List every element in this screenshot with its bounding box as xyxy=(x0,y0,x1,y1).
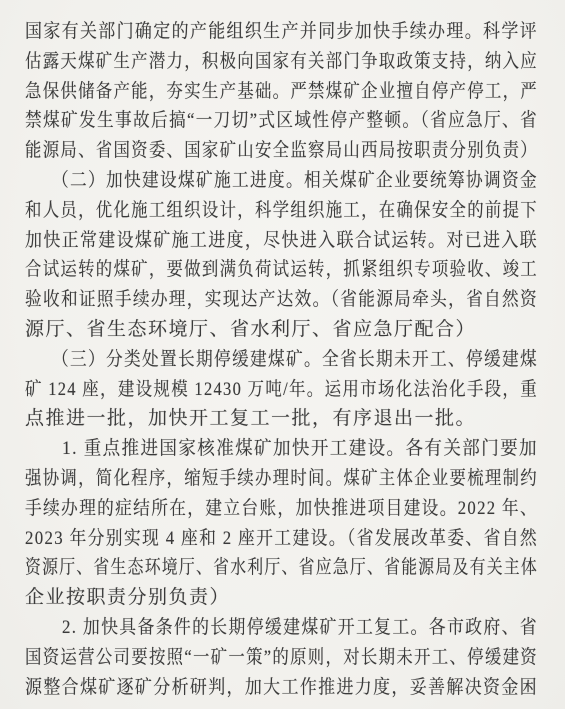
text-line: 合试运转的煤矿，要做到满负荷试运转，抓紧组织专项验收、竣工 xyxy=(25,255,538,285)
text-line-content: 加快正常建设煤矿施工进度，尽快进入联合试运转。对已进入联 xyxy=(25,226,538,256)
text-line: 点推进一批，加快开工复工一批，有序退出一批。 xyxy=(25,404,538,434)
text-line-content: 急保供储备产能，夯实生产基础。严禁煤矿企业擅自停产停工，严 xyxy=(25,77,538,107)
text-line: （三）分类处置长期停缓建煤矿。全省长期未开工、停缓建煤 xyxy=(25,345,538,375)
text-line: 估露天煤矿生产潜力，积极向国家有关部门争取政策支持，纳入应 xyxy=(25,47,538,77)
text-line-content: 国资运营公司要按照“一矿一策”的原则，对长期未开工、停缓建资 xyxy=(25,643,538,673)
text-line-content: 源整合煤矿逐矿分析研判，加大工作推进力度，妥善解决资金困 xyxy=(25,673,538,703)
text-line-content: 企业按职责分别负责） xyxy=(25,583,230,613)
text-line-content: 2023 年分别实现 4 座和 2 座开工建设。（省发展改革委、省自然 xyxy=(25,524,538,554)
text-line-content: 和人员，优化施工组织设计，科学组织施工，在确保安全的前提下 xyxy=(25,196,538,226)
text-line: 急保供储备产能，夯实生产基础。严禁煤矿企业擅自停产停工，严 xyxy=(25,77,538,107)
text-line: 企业按职责分别负责） xyxy=(25,583,538,613)
text-line-content: 资源厅、省生态环境厅、省水利厅、省应急厅、省能源局及有关主体 xyxy=(25,553,538,583)
text-line: 强协调，简化程序，缩短手续办理时间。煤矿主体企业要梳理制约 xyxy=(25,464,538,494)
text-line-content: 点推进一批，加快开工复工一批，有序退出一批。 xyxy=(25,404,476,434)
text-line: 加快正常建设煤矿施工进度，尽快进入联合试运转。对已进入联 xyxy=(25,226,538,256)
text-line-content: 2. 加快具备条件的长期停缓建煤矿开工复工。各市政府、省 xyxy=(62,613,538,643)
text-line-content: 1. 重点推进国家核准煤矿加快开工建设。各有关部门要加 xyxy=(62,434,538,464)
text-line-content: 禁煤矿发生事故后搞“一刀切”式区域性停产整顿。（省应急厅、省 xyxy=(25,106,538,136)
text-line-content: 合试运转的煤矿，要做到满负荷试运转，抓紧组织专项验收、竣工 xyxy=(25,255,538,285)
text-line: 国资运营公司要按照“一矿一策”的原则，对长期未开工、停缓建资 xyxy=(25,643,538,673)
text-line-content: 验收和证照手续办理，实现达产达效。（省能源局牵头，省自然资 xyxy=(25,285,538,315)
scanned-document-page: 国家有关部门确定的产能组织生产并同步加快手续办理。科学评 估露天煤矿生产潜力，积… xyxy=(0,0,565,709)
text-line-content: 源厅、省生态环境厅、省水利厅、省应急厅配合） xyxy=(25,315,476,345)
text-line-content: （三）分类处置长期停缓建煤矿。全省长期未开工、停缓建煤 xyxy=(52,345,538,375)
text-line-content: 国家有关部门确定的产能组织生产并同步加快手续办理。科学评 xyxy=(25,17,538,47)
text-line: （二）加快建设煤矿施工进度。相关煤矿企业要统筹协调资金 xyxy=(25,166,538,196)
text-line-content: 估露天煤矿生产潜力，积极向国家有关部门争取政策支持，纳入应 xyxy=(25,47,538,77)
text-line: 验收和证照手续办理，实现达产达效。（省能源局牵头，省自然资 xyxy=(25,285,538,315)
text-line-content: 能源局、省国资委、国家矿山安全监察局山西局按职责分别负责） xyxy=(25,136,538,166)
text-line-content: 强协调，简化程序，缩短手续办理时间。煤矿主体企业要梳理制约 xyxy=(25,464,538,494)
text-line: 1. 重点推进国家核准煤矿加快开工建设。各有关部门要加 xyxy=(25,434,538,464)
text-line: 矿 124 座，建设规模 12430 万吨/年。运用市场化法治化手段，重 xyxy=(25,375,538,405)
text-line: 能源局、省国资委、国家矿山安全监察局山西局按职责分别负责） xyxy=(25,136,538,166)
text-line-content: 手续办理的症结所在，建立台账，加快推进项目建设。2022 年、 xyxy=(25,494,538,524)
text-line-content: 矿 124 座，建设规模 12430 万吨/年。运用市场化法治化手段，重 xyxy=(25,375,538,405)
text-line: 禁煤矿发生事故后搞“一刀切”式区域性停产整顿。（省应急厅、省 xyxy=(25,106,538,136)
text-line: 源整合煤矿逐矿分析研判，加大工作推进力度，妥善解决资金困 xyxy=(25,673,538,703)
text-line: 手续办理的症结所在，建立台账，加快推进项目建设。2022 年、 xyxy=(25,494,538,524)
text-line: 2. 加快具备条件的长期停缓建煤矿开工复工。各市政府、省 xyxy=(25,613,538,643)
text-line: 源厅、省生态环境厅、省水利厅、省应急厅配合） xyxy=(25,315,538,345)
text-line-content: （二）加快建设煤矿施工进度。相关煤矿企业要统筹协调资金 xyxy=(52,166,538,196)
text-line: 资源厅、省生态环境厅、省水利厅、省应急厅、省能源局及有关主体 xyxy=(25,553,538,583)
text-line: 和人员，优化施工组织设计，科学组织施工，在确保安全的前提下 xyxy=(25,196,538,226)
text-line: 2023 年分别实现 4 座和 2 座开工建设。（省发展改革委、省自然 xyxy=(25,524,538,554)
document-text-block: 国家有关部门确定的产能组织生产并同步加快手续办理。科学评 估露天煤矿生产潜力，积… xyxy=(25,17,538,702)
text-line: 国家有关部门确定的产能组织生产并同步加快手续办理。科学评 xyxy=(25,17,538,47)
